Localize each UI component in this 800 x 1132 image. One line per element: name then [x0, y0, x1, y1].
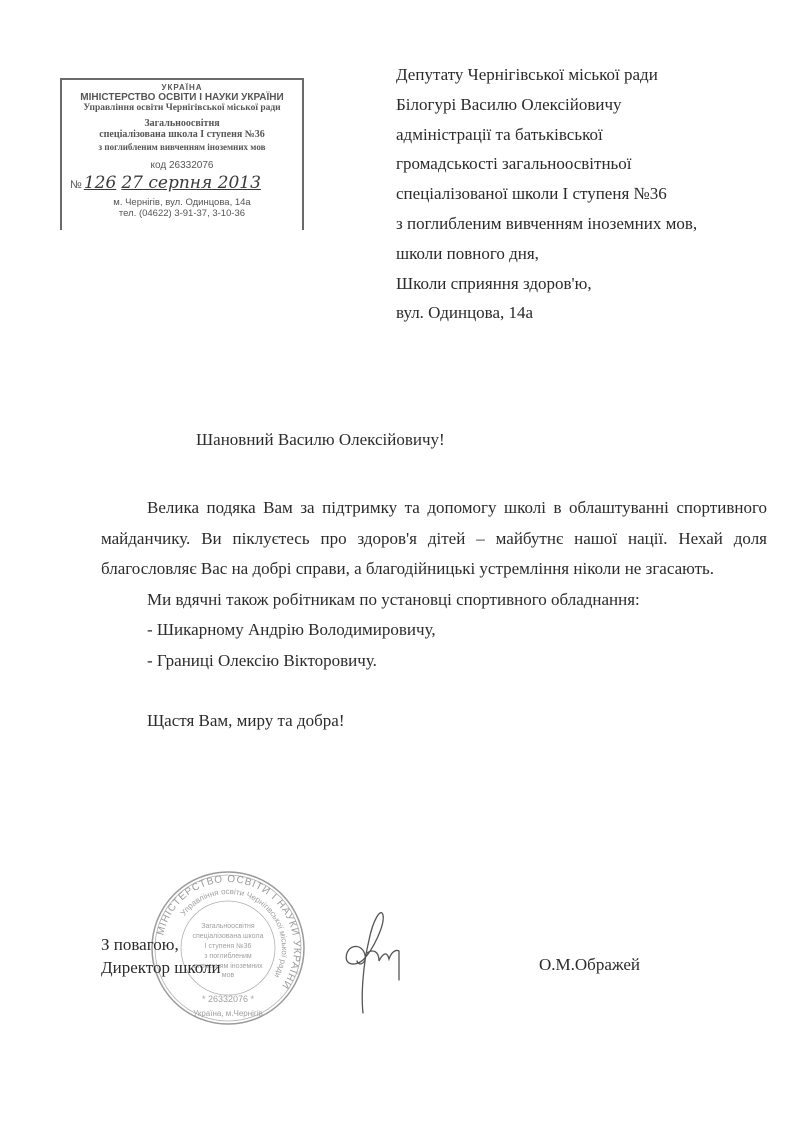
recipient-line: з поглибленим вивченням іноземних мов, [396, 209, 697, 239]
recipient-line: Білогурі Василю Олексійовичу [396, 90, 697, 120]
number-sign: № [70, 179, 82, 191]
stamp-school-line2: спеціалізована школа І ступеня №36 [62, 129, 302, 141]
registration-stamp: УКРАЇНА МІНІСТЕРСТВО ОСВІТИ І НАУКИ УКРА… [60, 78, 304, 230]
workers-intro: Ми вдячні також робітникам по установці … [101, 585, 767, 616]
letter-body: Велика подяка Вам за підтримку та допомо… [101, 493, 767, 737]
svg-text:* 26332076 *: * 26332076 * [202, 994, 255, 1004]
stamp-country: УКРАЇНА [62, 83, 302, 92]
thanks-paragraph: Велика подяка Вам за підтримку та допомо… [101, 493, 767, 585]
worker-item: - Шикарному Андрію Володимировичу, [101, 615, 767, 646]
recipient-line: школи повного дня, [396, 239, 697, 269]
recipient-line: вул. Одинцова, 14а [396, 298, 697, 328]
recipient-block: Депутату Чернігівської міської ради Біло… [396, 60, 697, 328]
stamp-number-line: №126 27 серпня 2013 [70, 173, 302, 193]
closing-wish: Щастя Вам, миру та добра! [101, 706, 767, 737]
stamp-school-line3: з поглибленим вивченням іноземних мов [62, 141, 302, 153]
recipient-line: Депутату Чернігівської міської ради [396, 60, 697, 90]
signer-name: О.М.Ображей [539, 955, 640, 975]
stamp-school-line1: Загальноосвітня [62, 118, 302, 129]
stamp-ministry: МІНІСТЕРСТВО ОСВІТИ І НАУКИ УКРАЇНИ [62, 92, 302, 103]
worker-item: - Границі Олексію Вікторовичу. [101, 646, 767, 677]
salutation: Шановний Василю Олексійовичу! [196, 430, 445, 450]
stamp-code: код 26332076 [62, 160, 302, 171]
spacer [101, 676, 767, 706]
stamp-department: Управління освіти Чернігівської міської … [62, 103, 302, 114]
recipient-line: спеціалізованої школи І ступеня №36 [396, 179, 697, 209]
regards: З повагою, [101, 933, 221, 956]
svg-text:Україна, м.Чернігів: Україна, м.Чернігів [193, 1009, 263, 1018]
closing-block: З повагою, Директор школи [101, 933, 221, 979]
stamp-address: м. Чернігів, вул. Одинцова, 14а [62, 197, 302, 208]
outgoing-date: 27 серпня 2013 [121, 173, 261, 193]
svg-text:Загальноосвітня: Загальноосвітня [201, 922, 255, 930]
outgoing-number: 126 [84, 173, 116, 193]
recipient-line: громадськості загальноосвітньої [396, 149, 697, 179]
recipient-line: Школи сприяння здоров'ю, [396, 269, 697, 299]
stamp-phone: тел. (04622) 3-91-37, 3-10-36 [62, 208, 302, 219]
signature-icon [333, 905, 413, 1015]
signer-position: Директор школи [101, 956, 221, 979]
svg-text:мов: мов [222, 972, 235, 979]
recipient-line: адміністрації та батьківської [396, 120, 697, 150]
